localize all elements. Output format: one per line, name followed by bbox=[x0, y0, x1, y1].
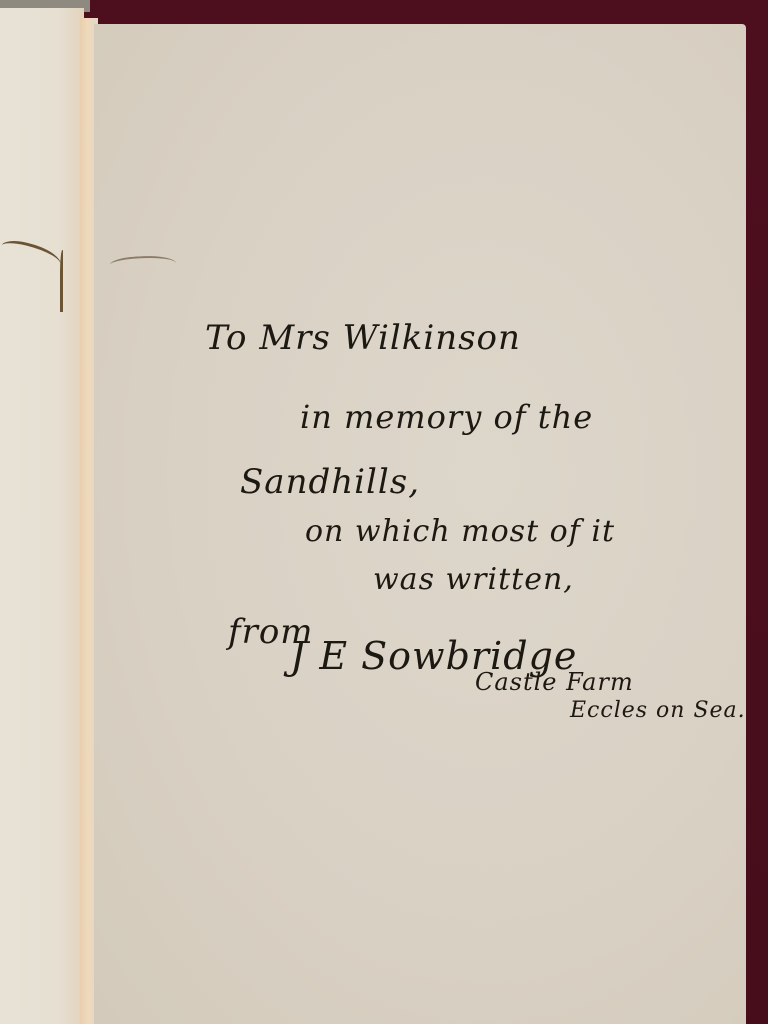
inscription-line-memory: in memory of the bbox=[300, 398, 593, 436]
inscription-line-place: Sandhills, bbox=[240, 462, 420, 502]
inscription-line-written: was written, bbox=[373, 562, 574, 597]
address-line-1: Castle Farm bbox=[475, 668, 634, 696]
inscription-line-recipient: To Mrs Wilkinson bbox=[205, 318, 521, 358]
address-line-2: Eccles on Sea. bbox=[570, 698, 746, 723]
handwritten-inscription: To Mrs Wilkinson in memory of the Sandhi… bbox=[0, 0, 768, 1024]
inscription-line-which: on which most of it bbox=[305, 514, 615, 549]
